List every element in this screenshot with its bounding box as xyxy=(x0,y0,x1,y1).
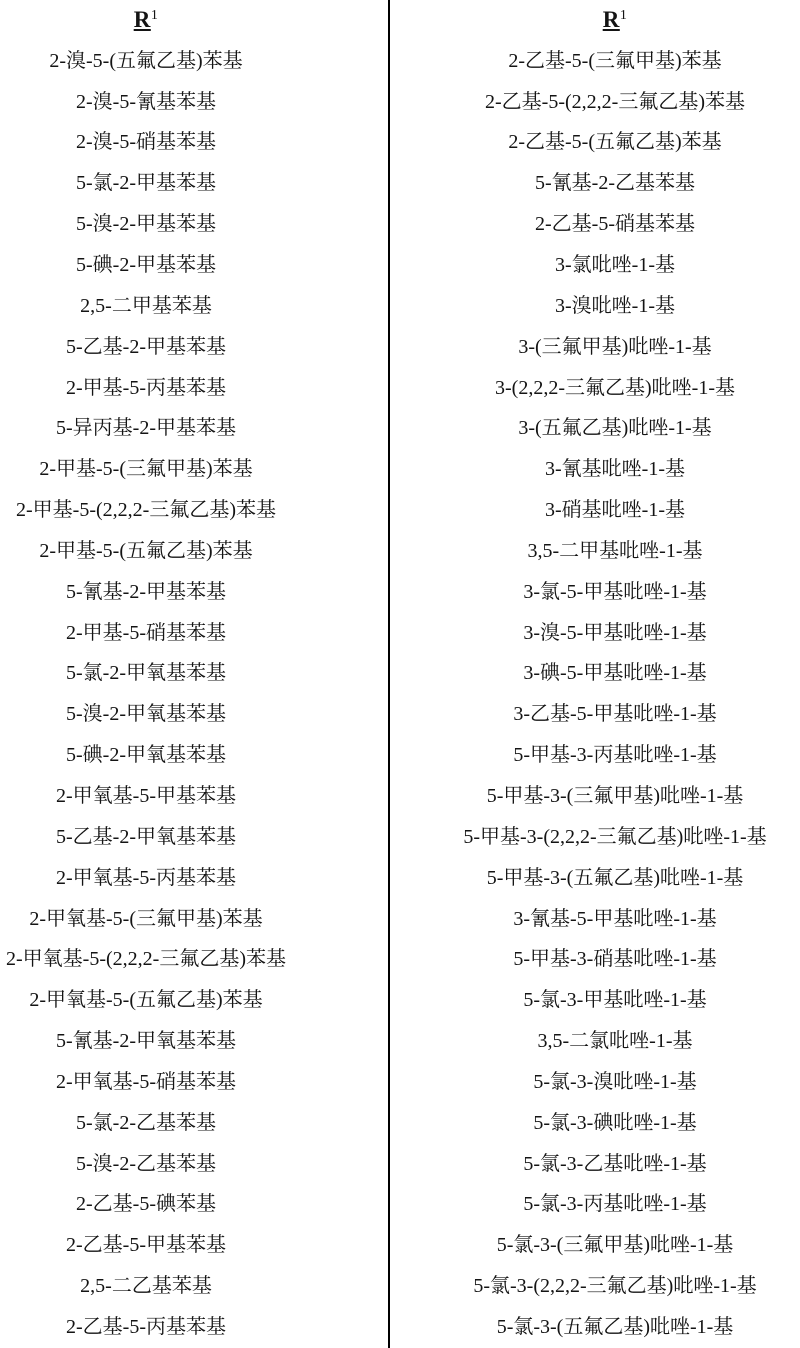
column-header-right: R1 xyxy=(430,0,800,41)
list-item: 5-氯-3-碘吡唑-1-基 xyxy=(430,1103,800,1144)
list-item: 5-溴-2-乙基苯基 xyxy=(0,1144,292,1185)
list-item: 5-碘-2-甲氧基苯基 xyxy=(0,735,292,776)
list-item: 5-氰基-2-甲氧基苯基 xyxy=(0,1021,292,1062)
list-item: 5-氯-2-乙基苯基 xyxy=(0,1103,292,1144)
list-item: 2-溴-5-(五氟乙基)苯基 xyxy=(0,41,292,82)
list-item: 2-乙基-5-甲基苯基 xyxy=(0,1225,292,1266)
list-item: 5-氯-3-丙基吡唑-1-基 xyxy=(430,1184,800,1225)
list-item: 5-氰基-2-乙基苯基 xyxy=(430,163,800,204)
list-item: 5-氯-3-(2,2,2-三氟乙基)吡唑-1-基 xyxy=(430,1266,800,1307)
list-item: 2-甲氧基-5-甲基苯基 xyxy=(0,776,292,817)
list-item: 3-(三氟甲基)吡唑-1-基 xyxy=(430,327,800,368)
list-item: 2-甲基-5-硝基苯基 xyxy=(0,613,292,654)
substituent-list-right: 2-乙基-5-(三氟甲基)苯基2-乙基-5-(2,2,2-三氟乙基)苯基2-乙基… xyxy=(430,41,800,1348)
patent-substituent-table-page: R1 2-溴-5-(五氟乙基)苯基2-溴-5-氰基苯基2-溴-5-硝基苯基5-氯… xyxy=(0,0,800,1348)
list-item: 2-甲氧基-5-(五氟乙基)苯基 xyxy=(0,980,292,1021)
substituent-list-left: 2-溴-5-(五氟乙基)苯基2-溴-5-氰基苯基2-溴-5-硝基苯基5-氯-2-… xyxy=(0,41,292,1348)
list-item: 2-甲氧基-5-(2,2,2-三氟乙基)苯基 xyxy=(0,939,292,980)
list-item: 3-溴吡唑-1-基 xyxy=(430,286,800,327)
list-item: 2-溴-5-硝基苯基 xyxy=(0,122,292,163)
column-header-left: R1 xyxy=(0,0,292,41)
list-item: 3-氯-5-甲基吡唑-1-基 xyxy=(430,572,800,613)
list-item: 5-氯-3-甲基吡唑-1-基 xyxy=(430,980,800,1021)
list-item: 2-乙基-5-(三氟甲基)苯基 xyxy=(430,41,800,82)
list-item: 5-甲基-3-丙基吡唑-1-基 xyxy=(430,735,800,776)
list-item: 5-氯-2-甲基苯基 xyxy=(0,163,292,204)
list-item: 2-乙基-5-丙基苯基 xyxy=(0,1307,292,1348)
list-item: 5-甲基-3-(2,2,2-三氟乙基)吡唑-1-基 xyxy=(430,817,800,858)
list-item: 3-氯吡唑-1-基 xyxy=(430,245,800,286)
list-item: 2,5-二乙基苯基 xyxy=(0,1266,292,1307)
list-item: 2-甲氧基-5-硝基苯基 xyxy=(0,1062,292,1103)
list-item: 2-甲基-5-(五氟乙基)苯基 xyxy=(0,531,292,572)
list-item: 5-甲基-3-硝基吡唑-1-基 xyxy=(430,939,800,980)
list-item: 2-甲基-5-(2,2,2-三氟乙基)苯基 xyxy=(0,490,292,531)
list-item: 5-乙基-2-甲氧基苯基 xyxy=(0,817,292,858)
list-item: 2-乙基-5-(五氟乙基)苯基 xyxy=(430,122,800,163)
list-item: 5-氯-3-乙基吡唑-1-基 xyxy=(430,1144,800,1185)
list-item: 3-(五氟乙基)吡唑-1-基 xyxy=(430,408,800,449)
list-item: 2-乙基-5-硝基苯基 xyxy=(430,204,800,245)
list-item: 5-甲基-3-(三氟甲基)吡唑-1-基 xyxy=(430,776,800,817)
list-item: 2-甲氧基-5-丙基苯基 xyxy=(0,858,292,899)
list-item: 2-甲氧基-5-(三氟甲基)苯基 xyxy=(0,899,292,940)
list-item: 2-甲基-5-丙基苯基 xyxy=(0,368,292,409)
list-item: 3-乙基-5-甲基吡唑-1-基 xyxy=(430,694,800,735)
list-item: 3-碘-5-甲基吡唑-1-基 xyxy=(430,653,800,694)
list-item: 3-(2,2,2-三氟乙基)吡唑-1-基 xyxy=(430,368,800,409)
list-item: 5-溴-2-甲氧基苯基 xyxy=(0,694,292,735)
list-item: 5-异丙基-2-甲基苯基 xyxy=(0,408,292,449)
list-item: 5-碘-2-甲基苯基 xyxy=(0,245,292,286)
list-item: 3-溴-5-甲基吡唑-1-基 xyxy=(430,613,800,654)
list-item: 5-氯-3-(五氟乙基)吡唑-1-基 xyxy=(430,1307,800,1348)
list-item: 5-甲基-3-(五氟乙基)吡唑-1-基 xyxy=(430,858,800,899)
r1-column-right: R1 2-乙基-5-(三氟甲基)苯基2-乙基-5-(2,2,2-三氟乙基)苯基2… xyxy=(430,0,800,1348)
list-item: 3-氰基-5-甲基吡唑-1-基 xyxy=(430,899,800,940)
r1-label: R xyxy=(603,7,620,33)
list-item: 2-乙基-5-(2,2,2-三氟乙基)苯基 xyxy=(430,82,800,123)
list-item: 5-溴-2-甲基苯基 xyxy=(0,204,292,245)
list-item: 3-氰基吡唑-1-基 xyxy=(430,449,800,490)
list-item: 5-氯-3-溴吡唑-1-基 xyxy=(430,1062,800,1103)
r1-label: R xyxy=(134,7,151,33)
list-item: 2-甲基-5-(三氟甲基)苯基 xyxy=(0,449,292,490)
list-item: 5-氯-3-(三氟甲基)吡唑-1-基 xyxy=(430,1225,800,1266)
list-item: 2,5-二甲基苯基 xyxy=(0,286,292,327)
column-divider-line xyxy=(388,0,390,1348)
list-item: 2-溴-5-氰基苯基 xyxy=(0,82,292,123)
list-item: 5-氯-2-甲氧基苯基 xyxy=(0,653,292,694)
list-item: 3,5-二氯吡唑-1-基 xyxy=(430,1021,800,1062)
r1-column-left: R1 2-溴-5-(五氟乙基)苯基2-溴-5-氰基苯基2-溴-5-硝基苯基5-氯… xyxy=(0,0,292,1348)
list-item: 2-乙基-5-碘苯基 xyxy=(0,1184,292,1225)
list-item: 5-乙基-2-甲基苯基 xyxy=(0,327,292,368)
list-item: 3,5-二甲基吡唑-1-基 xyxy=(430,531,800,572)
list-item: 5-氰基-2-甲基苯基 xyxy=(0,572,292,613)
list-item: 3-硝基吡唑-1-基 xyxy=(430,490,800,531)
